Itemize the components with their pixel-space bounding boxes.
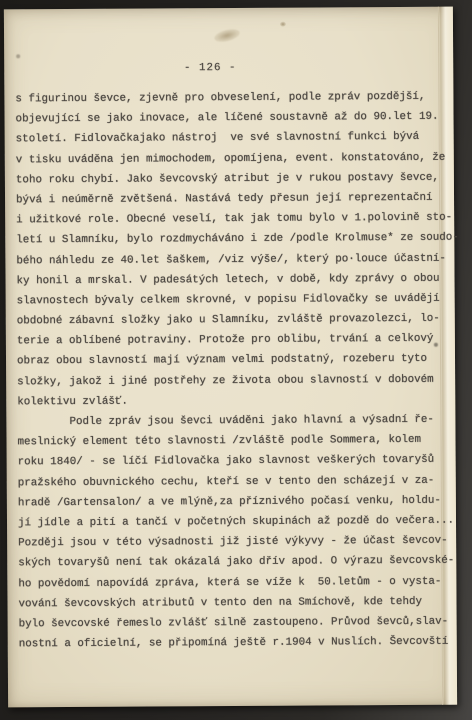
text-line: meslnický element této slavnosti /zvlášt… (17, 430, 455, 453)
text-line: roku 1840/ - se líčí Fidlovačka jako sla… (18, 450, 456, 473)
text-line: nostní a oficielní, se připomíná ještě r… (19, 632, 457, 655)
paper-speck (16, 54, 20, 58)
text-line: letí u Slamníku, bylo rozdmycháváno i zd… (16, 228, 454, 251)
text-line: toho roku chybí. Jako ševcovský atribut … (16, 167, 454, 190)
text-line: ských tovaryšů není tak okázalá jako dří… (18, 551, 456, 574)
text-line: bylo ševcovské řemeslo zvlášť silně zast… (19, 611, 457, 634)
text-line: jí jídle a pití a tančí v početných skup… (18, 511, 456, 534)
text-line: Podle zpráv jsou ševci uváděni jako hlav… (17, 410, 455, 433)
text-line: pražského obuvnického cechu, kteří se v … (18, 470, 456, 493)
scanned-page-photo: { "page": { "number_label": "- 126 -" },… (0, 0, 472, 720)
text-line: slavnostech bývaly celkem skrovné, v pop… (17, 289, 455, 312)
text-line: objevující se jako inovace, ale líčené s… (15, 107, 453, 130)
text-line: i užitkové role. Obecné veselí, tak jak … (16, 208, 454, 231)
text-line: bého náhledu ze 40.let šaškem, /viz výše… (16, 248, 454, 271)
text-line: století. Fidlovačkajako nástroj ve své s… (16, 127, 454, 150)
page-number: - 126 - (4, 61, 416, 76)
text-line: Později jsou v této výsadnosti již jisté… (18, 531, 456, 554)
text-line: obdobné zábavní složky jako u Slamníku, … (17, 309, 455, 332)
text-line: terie a oblíbené potraviny. Protože pro … (17, 329, 455, 352)
text-line: bývá i neúměrně zvětšená. Nastává tedy p… (16, 188, 454, 211)
paper-page: - 126 - s figurinou ševce, zjevně pro ob… (4, 7, 457, 708)
text-line: s figurinou ševce, zjevně pro obveselení… (15, 87, 453, 110)
text-line: vování ševcovských atributů v tento den … (18, 591, 456, 614)
paper-stain (213, 27, 241, 44)
text-line: obraz obou slavností mají význam velmi p… (17, 349, 455, 372)
text-line: ho povědomí napovídá zpráva, která se ví… (18, 571, 456, 594)
paper-speck (280, 22, 286, 27)
text-line: v tisku uváděna jen mimochodem, opomíjen… (16, 147, 454, 170)
typewritten-text-block: s figurinou ševce, zjevně pro obveselení… (15, 87, 456, 655)
text-line: hradě /Gartensalon/ a ve mlýně,za přízni… (18, 490, 456, 513)
text-line: ky honil a mrskal. V padesátých letech, … (16, 268, 454, 291)
text-line: složky, jakož i jiné postřehy ze života … (17, 369, 455, 392)
text-line: kolektivu zvlášť. (17, 389, 455, 412)
